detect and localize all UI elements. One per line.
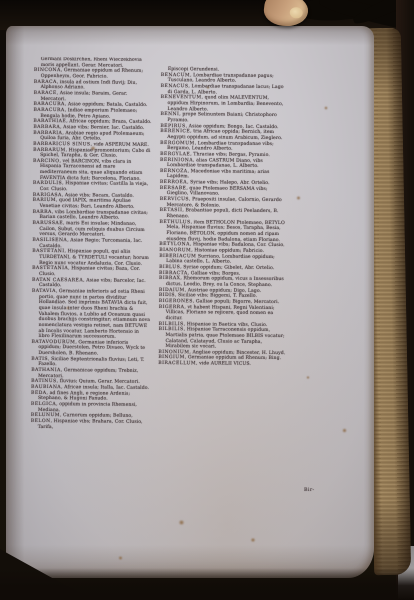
entry-headword: BIANORUM [159, 248, 191, 253]
lexicon-entry: BIRACELLUM, vide AURELII VICUS. [158, 361, 287, 368]
foxing-spot [296, 196, 301, 200]
entry-headword: BASILISENA [32, 238, 67, 243]
lexicon-entry: BATAVIA, Germaniae inferioris ad ostia R… [31, 289, 151, 341]
entry-headword: BARACURA [33, 108, 64, 113]
book-photo: Germani Doskirchen, Rheni Wieczekhovia m… [0, 0, 414, 600]
entry-headword: BIRACELLUM [158, 361, 196, 366]
lexicon-entry: BIGERRA, vt habent Hispani, Regni Valent… [159, 305, 288, 323]
entry-headword: BARBARIA [33, 130, 62, 135]
entry-headword: BEPIRUS [160, 124, 185, 129]
lexicon-entry: BETHULUS, item BETHOLON Ptolemaeo, BETYL… [159, 220, 288, 244]
entry-headword: BERGYLAE [160, 152, 190, 157]
entry-text: , prope Selinuntem Baiani; Christophoro … [167, 112, 277, 123]
entry-headword: BILBILIS [159, 327, 184, 332]
entry-headword: BARDULIS [33, 181, 62, 186]
entry-headword: BIBLUS [159, 265, 180, 270]
entry-headword: BERGOMUM [160, 141, 195, 146]
entry-headword: BARUSSAE [32, 221, 63, 226]
foxing-spot [178, 520, 185, 525]
entry-text: , ad fines Angli, e regione Ardenis; Ste… [38, 391, 130, 402]
lexicon-entry: BASTETANI, Hispaniae populi, qui aliis T… [32, 249, 152, 267]
entry-headword: BAUBIANA [31, 385, 61, 390]
entry-headword: BIDIS [159, 293, 175, 298]
lexicon-entry: BELON, Hispaniae vibs; Brahara, Cor. Clu… [31, 419, 151, 431]
foxing-spot [250, 538, 256, 542]
entry-headword: BATINUS [31, 379, 57, 384]
entry-text: , Brabantiae populi, dicti Peelanders, B… [167, 209, 279, 220]
entry-headword: BERENICE [160, 129, 190, 134]
entry-headword: BETASII [160, 208, 183, 213]
entry-headword: BINGIUM [158, 355, 184, 360]
entry-headword: BASTETANIA [32, 266, 68, 271]
entry-headword: BARACURA [34, 102, 65, 107]
entry-headword: BIGERRA [159, 305, 185, 310]
entry-headword: BATAVIA [32, 289, 56, 294]
entry-text: , Hispaniae Tarraconensis oppidum, Marti… [165, 327, 284, 349]
right-column: Episcopi Gerundensi.BENACUM, Lombardiae … [157, 58, 290, 503]
entry-headword: BASTETANI [32, 249, 64, 254]
entry-headword: BINCONA [34, 68, 61, 73]
entry-headword: BILBILIS [159, 322, 184, 327]
text-block: Germani Doskirchen, Rheni Wieczekhovia m… [30, 57, 290, 503]
entry-text: Episcopi Gerundensi. [168, 67, 219, 72]
entry-text: , Siciliae Septentrionalis fluvius; Leti… [38, 357, 144, 368]
entry-headword: BELUNUM [31, 413, 60, 418]
entry-text: , Germaniae inferioris ad ostia Rheni po… [38, 289, 150, 340]
entry-headword: BELGICA [31, 402, 56, 407]
foxing-spot [118, 556, 123, 560]
entry-headword: BIGERONES [159, 299, 193, 304]
entry-headword: BENNI [160, 112, 179, 117]
foxing-spot [342, 428, 347, 433]
left-column: Germani Doskirchen, Rheni Wieczekhovia m… [30, 57, 154, 502]
lexicon-entry: BARCINO, vel BARCINON, vibs clara in His… [33, 159, 153, 183]
entry-headword: BENACUS [161, 84, 189, 89]
entry-headword: BARACA [34, 80, 57, 85]
entry-text: , vide ASPERUM MARE. [90, 142, 148, 148]
entry-headword: BIDAIUM [159, 288, 185, 293]
entry-headword: BETYLONA [159, 242, 190, 247]
lexicon-entry: BATAVODURUM, Germaniae inferioris oppidu… [31, 340, 151, 358]
catchword: Bir- [304, 488, 315, 493]
entry-headword: BENEVENTUM [161, 95, 202, 100]
entry-headword: BENACUM [161, 73, 190, 78]
entry-headword: BERVICUS [160, 197, 189, 202]
entry-text: , vide AURELII VICUS. [196, 361, 251, 366]
entry-text: , Hispaniae vibs; Brahara, Cor. Clusio, … [38, 419, 143, 430]
entry-text: Germani Doskirchen, Rheni Wieczekhovia m… [41, 57, 142, 68]
lexicon-entry: BENEVENTUM, quod olim MALEVENTUM, oppidu… [160, 95, 289, 113]
book-page: Germani Doskirchen, Rheni Wieczekhovia m… [6, 26, 374, 578]
entry-headword: BARBARA [33, 125, 60, 130]
lexicon-entry: BARUSSAE, maris Eoi insulae; Mindanao, C… [32, 221, 152, 239]
entry-headword: BATHANIA [31, 368, 61, 373]
entry-headword: BARBARICUS SINUS [33, 142, 90, 147]
entry-headword: BELON [31, 419, 51, 424]
entry-headword: BARBARUM [33, 147, 66, 152]
lexicon-entry: BILBILIS, Hispaniae Tarraconensis oppidu… [158, 327, 287, 351]
entry-headword: BERROEA [160, 180, 187, 185]
entry-headword: BERINIONA [160, 157, 193, 162]
entry-text: , Rhemorum oppidum, vicus a Insessoribus… [166, 276, 284, 287]
background-bottom [0, 568, 414, 600]
entry-headword: BIBRAX [159, 276, 180, 281]
entry-headword: BARATHIAE [33, 119, 66, 124]
thumbnail-nail [289, 7, 303, 20]
entry-headword: BARACE [34, 91, 57, 96]
entry-headword: BARIUM [33, 198, 56, 203]
entry-text: , vibs Lombardiae transpadanae civitas; … [40, 210, 148, 221]
foxing-spot [324, 106, 328, 110]
foxing-spot [306, 376, 310, 379]
